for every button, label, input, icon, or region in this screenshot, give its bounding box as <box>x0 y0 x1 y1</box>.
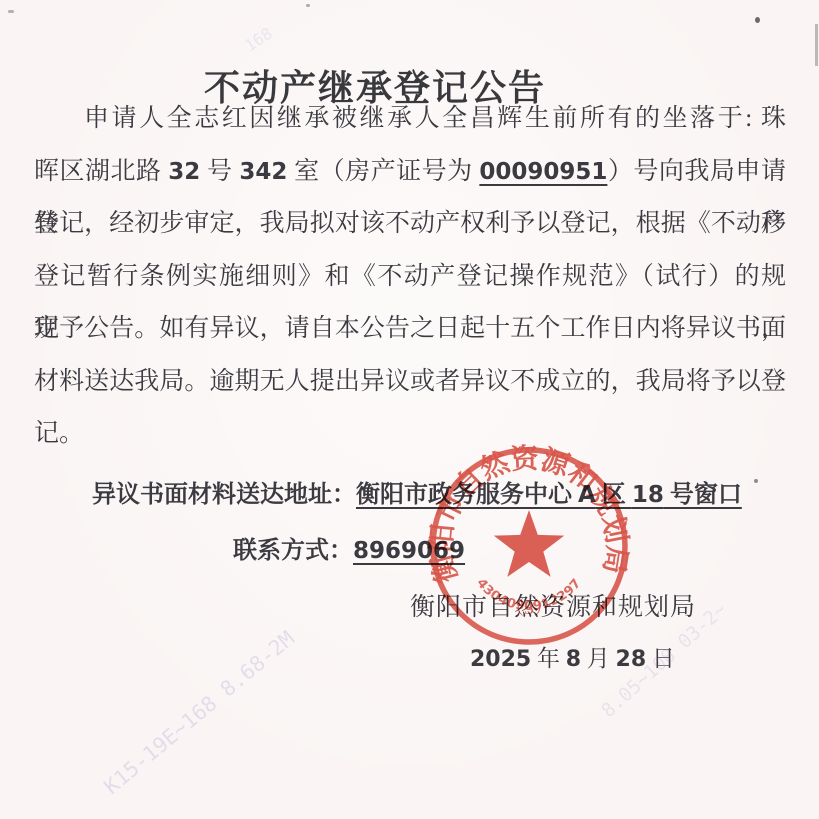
seal-star-icon <box>494 510 564 577</box>
text-run: 号 <box>200 158 239 185</box>
scan-speck <box>306 4 310 7</box>
body-text-line: 材料送达我局。逾期无人提出异议或者异议不成立的，我局将予以登 <box>34 356 786 409</box>
body-text-line: 记。 <box>34 408 786 461</box>
svg-text:4304090912297: 4304090912297 <box>474 575 584 613</box>
scan-speck <box>754 479 758 483</box>
text-run: 室（房产证号为 <box>287 158 479 185</box>
official-seal-stamp: 衡阳市自然资源和规划局 （3） 4304090912297 <box>423 440 635 652</box>
text-run: 登记，经初步审定，我局拟对该不动产权利予以登记，根据《不动产 <box>34 210 786 237</box>
text-run: 18 <box>632 482 664 508</box>
body-paragraph: 申请人全志红因继承被继承人全昌辉生前所有的坐落于: 珠晖区湖北路 32 号 34… <box>34 93 786 461</box>
text-run: 00090951 <box>479 159 607 185</box>
scan-speck <box>755 17 760 23</box>
text-run: 现予公告。如有异议，请自本公告之日起十五个工作日内将异议书面 <box>34 315 786 342</box>
objection-address-label: 异议书面材料送达地址： <box>92 482 356 508</box>
body-text-line: 登记暂行条例实施细则》和《不动产登记操作规范》（试行）的规定， <box>34 251 786 304</box>
text-run: 晖区湖北路 <box>34 158 168 185</box>
text-run: 日 <box>646 646 675 671</box>
body-text-line: 现予公告。如有异议，请自本公告之日起十五个工作日内将异议书面 <box>34 303 786 356</box>
objection-address-line: 异议书面材料送达地址：衡阳市政务服务中心 A 区 18 号窗口 <box>92 474 742 509</box>
bleed-through-watermark: K15-19E~168 8.68-2M <box>100 626 299 799</box>
body-text-line: 登记，经初步审定，我局拟对该不动产权利予以登记，根据《不动产 <box>34 198 786 251</box>
scanned-announcement-page: 不动产继承登记公告 申请人全志红因继承被继承人全昌辉生前所有的坐落于: 珠晖区湖… <box>0 0 819 819</box>
bleed-through-watermark: 168 <box>241 24 276 56</box>
scan-edge-artifact <box>815 24 818 66</box>
contact-label: 联系方式： <box>233 538 353 564</box>
seal-code: 4304090912297 <box>474 575 584 613</box>
text-run: 342 <box>239 159 287 185</box>
text-run: 32 <box>168 159 200 185</box>
body-text-line: 申请人全志红因继承被继承人全昌辉生前所有的坐落于: 珠 <box>34 93 786 146</box>
scan-speck <box>8 10 14 13</box>
text-run: 记。 <box>34 420 84 447</box>
text-run: 号窗口 <box>664 482 742 508</box>
text-run: 材料送达我局。逾期无人提出异议或者异议不成立的，我局将予以登 <box>34 368 786 395</box>
text-run: 申请人全志红因继承被继承人全昌辉生前所有的坐落于: 珠 <box>84 105 786 132</box>
body-text-line: 晖区湖北路 32 号 342 室（房产证号为 00090951）号向我局申请转移 <box>34 146 786 199</box>
